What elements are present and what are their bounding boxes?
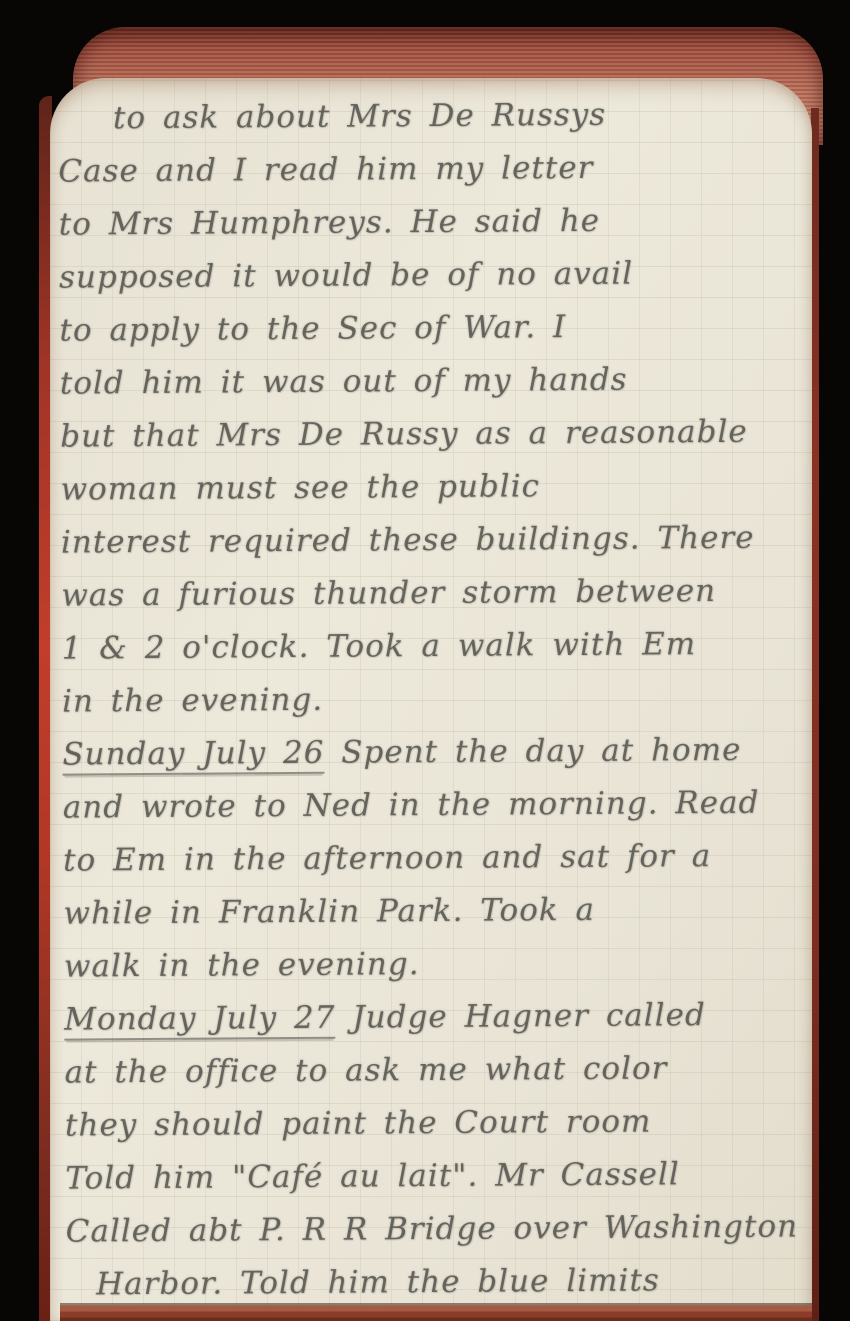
- line-text: Told him "Café au lait". Mr Cassell: [65, 1156, 680, 1196]
- notebook-photo: to ask about Mrs De Russys Case and I re…: [0, 0, 850, 1321]
- handwriting-line: Case and I read him my letter: [58, 140, 800, 198]
- handwriting-line: Sunday July 26 Spent the day at home: [62, 723, 804, 781]
- handwriting-line: while in Franklin Park. Took a: [63, 882, 805, 940]
- line-text: and wrote to Ned in the morning. Read: [63, 785, 760, 826]
- date-heading: Monday July 27: [64, 1000, 335, 1041]
- handwriting-line: supposed it would be of no avail: [59, 246, 801, 304]
- line-text: walk in the evening.: [64, 946, 420, 984]
- line-text: supposed it would be of no avail: [59, 256, 633, 296]
- line-text: woman must see the public: [60, 468, 540, 507]
- handwriting-line: but that Mrs De Russy as a reasonable: [60, 405, 802, 463]
- line-text: told him it was out of my hands: [60, 362, 628, 402]
- handwriting-line: walk in the evening.: [64, 935, 806, 993]
- line-text: Called abt P. R R Bridge over Washington: [66, 1208, 799, 1249]
- handwriting-line: Told him "Café au lait". Mr Cassell: [65, 1147, 807, 1205]
- line-text: Harbor. Told him the blue limits: [96, 1262, 660, 1302]
- handwriting-line: and wrote to Ned in the morning. Read: [63, 776, 805, 834]
- handwriting-line: was a furious thunder storm between: [61, 564, 803, 622]
- handwriting-block: to ask about Mrs De Russys Case and I re…: [58, 87, 808, 1311]
- handwriting-line: interest required these buildings. There: [61, 511, 803, 569]
- handwriting-line: to Mrs Humphreys. He said he: [58, 193, 800, 251]
- handwriting-line: they should paint the Court room: [65, 1094, 807, 1152]
- handwriting-line: woman must see the public: [60, 458, 802, 516]
- page-edge-right: [811, 108, 819, 1321]
- line-text: Spent the day at home: [324, 732, 741, 771]
- handwriting-line: to apply to the Sec of War. I: [59, 299, 801, 357]
- line-text: 1 & 2 o'clock. Took a walk with Em: [62, 626, 697, 666]
- line-text: in the evening.: [62, 682, 323, 720]
- line-text: they should paint the Court room: [65, 1103, 652, 1143]
- line-text: to Em in the afternoon and sat for a: [63, 838, 711, 879]
- line-text: to Mrs Humphreys. He said he: [59, 203, 601, 243]
- page-edge-bottom: [60, 1303, 812, 1321]
- handwriting-line: 1 & 2 o'clock. Took a walk with Em: [61, 617, 803, 675]
- handwriting-line: in the evening.: [62, 670, 804, 728]
- handwriting-line: to ask about Mrs De Russys: [58, 87, 800, 145]
- line-text: interest required these buildings. There: [61, 520, 755, 561]
- date-heading: Sunday July 26: [62, 735, 324, 776]
- line-text: at the office to ask me what color: [64, 1050, 667, 1090]
- handwriting-line: at the office to ask me what color: [64, 1041, 806, 1099]
- line-text: Case and I read him my letter: [58, 150, 593, 190]
- line-text: while in Franklin Park. Took a: [63, 892, 595, 932]
- notebook-page: to ask about Mrs De Russys Case and I re…: [50, 78, 812, 1321]
- handwriting-line: told him it was out of my hands: [60, 352, 802, 410]
- line-text: to apply to the Sec of War. I: [59, 309, 566, 349]
- handwriting-line: to Em in the afternoon and sat for a: [63, 829, 805, 887]
- handwriting-line: Called abt P. R R Bridge over Washington: [66, 1200, 808, 1258]
- line-text: but that Mrs De Russy as a reasonable: [60, 414, 748, 455]
- handwriting-line: Monday July 27 Judge Hagner called: [64, 988, 806, 1046]
- line-text: to ask about Mrs De Russys: [113, 97, 606, 136]
- line-text: Judge Hagner called: [335, 997, 706, 1036]
- line-text: was a furious thunder storm between: [61, 573, 716, 614]
